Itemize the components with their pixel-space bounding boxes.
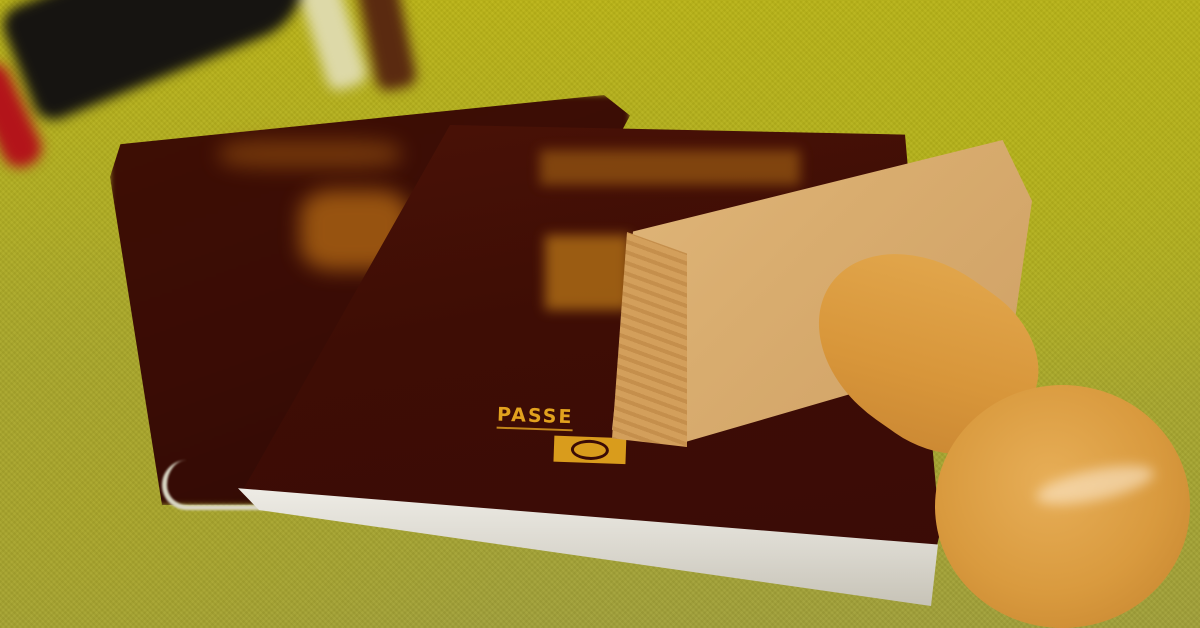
passport-label-group: PASSE [497, 404, 574, 432]
back-passport-title [220, 140, 400, 168]
photo-scene: PASSE [0, 0, 1200, 628]
biometric-chip-icon [553, 436, 626, 464]
front-passport-emblem [545, 235, 630, 310]
front-passport-title [540, 150, 800, 185]
passport-label: PASSE [497, 404, 574, 432]
stamp-stick [291, 0, 369, 93]
wooden-stamp-handle-knob [935, 385, 1190, 628]
black-stamp-body [0, 0, 321, 126]
